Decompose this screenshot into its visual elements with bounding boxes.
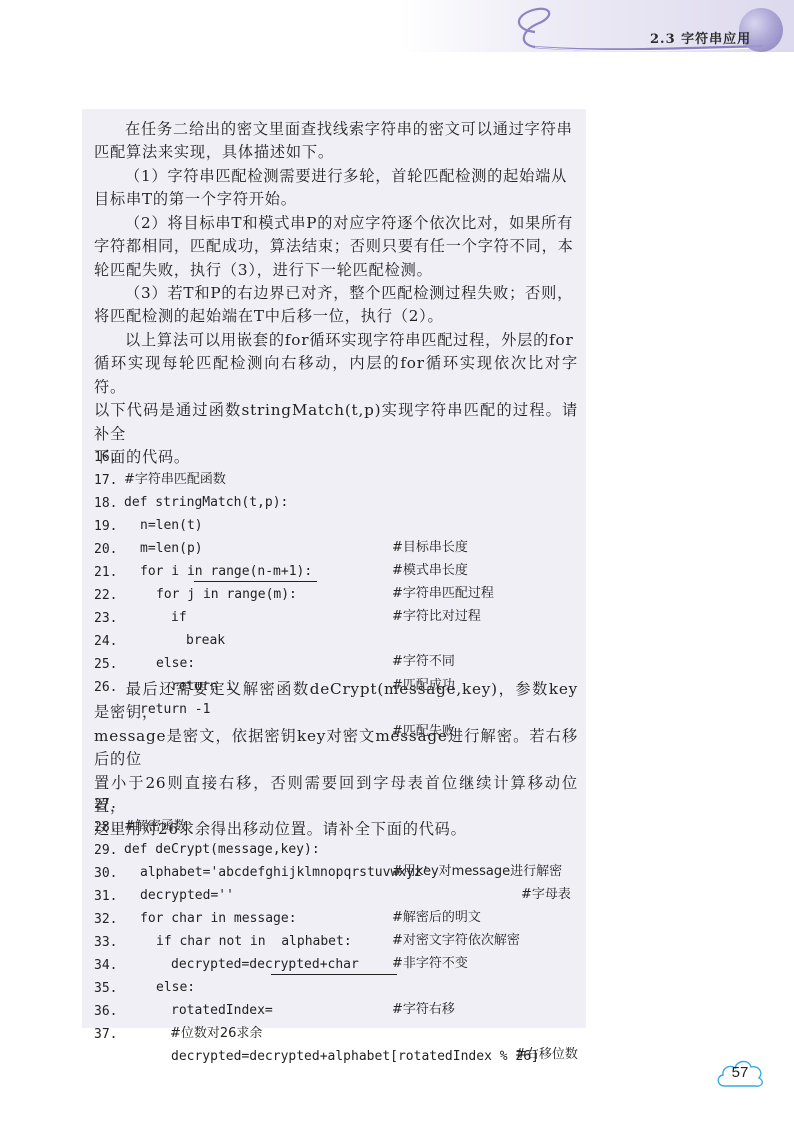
answer-blank[interactable] — [194, 567, 317, 582]
code-text: else: — [156, 653, 195, 675]
text-line: 在任务二给出的密文里面查找线索字符串的密文可以通过字符串 — [125, 120, 573, 138]
text-line: 将匹配检测的起始端在T中后移一位，执行（2）。 — [94, 307, 444, 325]
code-line: 31. for char in message: #对密文字符依次解密 — [94, 864, 125, 886]
text-line: 目标串T的第一个字符开始。 — [94, 190, 297, 208]
code-text: def deCrypt(message,key): — [124, 839, 320, 861]
code-line: 33. decrypted=decrypted+char — [94, 910, 125, 932]
code-comment: #对密文字符依次解密 — [392, 930, 520, 952]
code-comment: #字母表 — [521, 884, 571, 906]
code-comment: #字符右移 — [392, 999, 455, 1021]
code-comment: #字符比对过程 — [392, 606, 481, 628]
text-line: 以下代码是通过函数stringMatch(t,p)实现字符串匹配的过程。请补全 — [94, 401, 578, 442]
code-comment: #字符串匹配过程 — [392, 583, 494, 605]
code-text: decrypted='' — [140, 885, 234, 907]
code-text: decrypted=decrypted+alphabet[rotatedInde… — [171, 1046, 539, 1068]
code-line: 20. for i in range(n-m+1): #字符串匹配过程 — [94, 517, 125, 539]
answer-blank[interactable] — [271, 960, 397, 975]
code-text: rotatedIndex= — [171, 1000, 273, 1022]
text-line: 以上算法可以用嵌套的for循环实现字符串匹配过程，外层的for — [125, 331, 574, 349]
code-comment: #模式串长度 — [392, 560, 468, 582]
code-comment: #位数对26求余 — [170, 1023, 262, 1045]
code-line: 16. #字符串匹配函数 — [94, 425, 125, 447]
code-comment: #解密后的明文 — [392, 907, 481, 929]
code-comment: #非字符不变 — [392, 953, 468, 975]
code-text: if char not in alphabet: — [156, 931, 352, 953]
text-line: message是密文，依据密钥key对密文message进行解密。若右移后的位 — [94, 727, 578, 768]
code-comment: #字符不同 — [392, 651, 455, 673]
text-line: （3）若T和P的右边界已对齐，整个匹配检测过程失败；否则， — [125, 284, 573, 302]
code-line: 29. alphabet='abcdefghijklmnopqrstuvwxyz… — [94, 818, 125, 840]
code-comment: #字符串匹配函数 — [124, 469, 226, 491]
code-line: 25. return i — [94, 632, 125, 654]
code-line: 34. else: #字符右移 — [94, 933, 125, 955]
code-text: def stringMatch(t,p): — [124, 492, 288, 514]
code-line: 27. #解密函数 — [94, 772, 125, 794]
text-line: 匹配算法来实现，具体描述如下。 — [94, 143, 334, 161]
code-text: break — [186, 630, 225, 652]
code-comment: #目标串长度 — [392, 537, 468, 559]
code-line: 21. for j in range(m): #字符比对过程 — [94, 540, 125, 562]
code-line: 17. def stringMatch(t,p): — [94, 448, 125, 470]
code-text: n=len(t) — [140, 515, 203, 537]
paragraph-step1: （1）字符串匹配检测需要进行多轮，首轮匹配检测的起始端从 目标串T的第一个字符开… — [94, 165, 578, 212]
paragraph-loop-description: 以上算法可以用嵌套的for循环实现字符串匹配过程，外层的for 循环实现每轮匹配… — [94, 329, 578, 469]
code-text: alphabet='abcdefghijklmnopqrstuvwxyz' — [140, 862, 430, 884]
section-title: 2.3 字符串应用 — [650, 28, 751, 47]
code-line: 22. if #字符不同 — [94, 563, 125, 585]
page-number: 57 — [714, 1064, 766, 1081]
code-line: 32. if char not in alphabet: #非字符不变 — [94, 887, 125, 909]
text-line: 置小于26则直接右移，否则需要回到字母表首位继续计算移动位置， — [94, 774, 578, 815]
paragraph-step2: （2）将目标串T和模式串P的对应字符逐个依次比对，如果所有 字符都相同，匹配成功… — [94, 212, 578, 282]
text-line: 循环实现每轮匹配检测向右移动，内层的for循环实现依次比对字符。 — [94, 354, 578, 395]
text-line: （2）将目标串T和模式串P的对应字符逐个依次比对，如果所有 — [125, 214, 573, 232]
code-line: 37. decrypted=decrypted+alphabet[rotated… — [94, 1002, 125, 1024]
paragraph-step3: （3）若T和P的右边界已对齐，整个匹配检测过程失败；否则， 将匹配检测的起始端在… — [94, 282, 578, 329]
code-line: 36. #位数对26求余 — [94, 979, 125, 1001]
code-line: 30. decrypted='' #解密后的明文 — [94, 841, 125, 863]
code-line: 35. rotatedIndex= #右移位数 — [94, 956, 125, 978]
code-text: if — [171, 607, 194, 629]
code-text: m=len(p) — [140, 538, 203, 560]
code-line: 26. return -1 #匹配失败 — [94, 655, 125, 677]
text-line: （1）字符串匹配检测需要进行多轮，首轮匹配检测的起始端从 — [125, 167, 567, 185]
code-line: 18. n=len(t) #目标串长度 — [94, 471, 125, 493]
code-text: for char in message: — [140, 908, 297, 930]
code-line: 19. m=len(p) #模式串长度 — [94, 494, 125, 516]
text-line: 最后还需要定义解密函数deCrypt(message,key)，参数key是密钥… — [94, 680, 578, 721]
code-text: for j in range(m): — [156, 584, 297, 606]
paragraph-intro: 在任务二给出的密文里面查找线索字符串的密文可以通过字符串 匹配算法来实现，具体描… — [94, 118, 578, 165]
text-line: 轮匹配失败，执行（3），进行下一轮匹配检测。 — [94, 261, 433, 279]
line-number: 37. — [94, 1024, 117, 1046]
code-comment: #解密函数 — [124, 816, 187, 838]
text-line: 字符都相同，匹配成功，算法结束；否则只要有任一个字符不同，本 — [94, 237, 574, 255]
code-line: 23. break — [94, 586, 125, 608]
code-line: 24. else: #匹配成功 — [94, 609, 125, 631]
code-line: 28. def deCrypt(message,key): #用key对mess… — [94, 795, 125, 817]
code-text: else: — [156, 977, 195, 999]
